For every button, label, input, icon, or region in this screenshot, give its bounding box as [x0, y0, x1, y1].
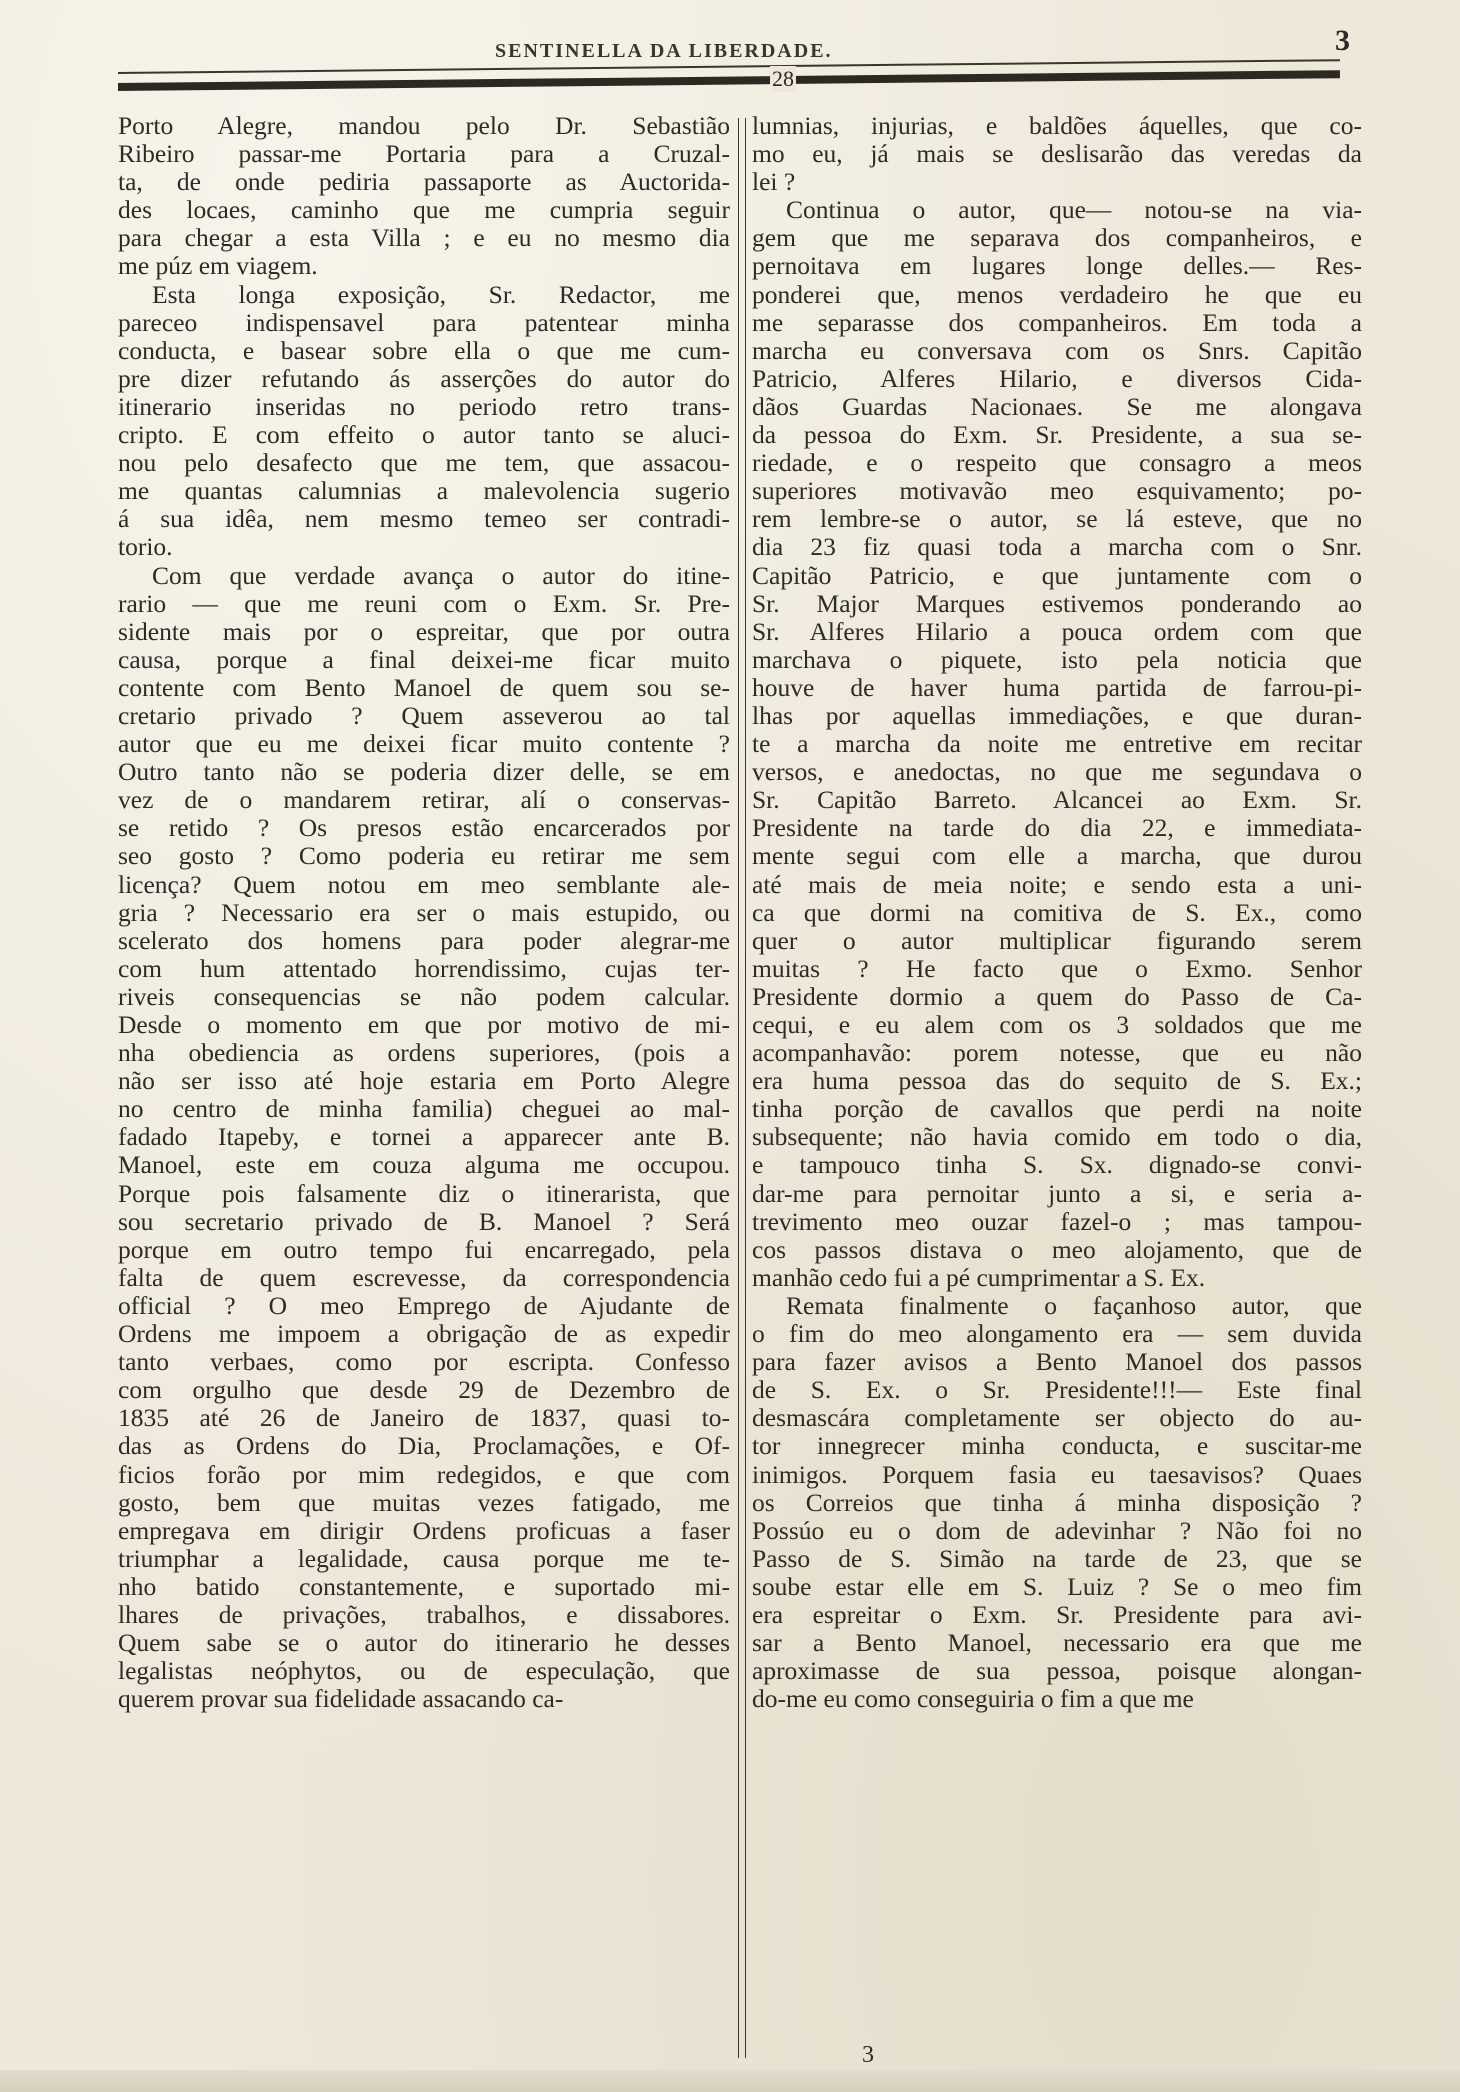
text-line: das as Ordens do Dia, Proclamações, e Of… — [118, 1432, 730, 1460]
text-line: Passo de S. Simão na tarde de 23, que se — [752, 1545, 1362, 1573]
text-line: houve de haver huma partida de farrou-pi… — [752, 674, 1362, 702]
text-line: licença? Quem notou em meo semblante ale… — [118, 871, 730, 899]
text-line: com orgulho que desde 29 de Dezembro de — [118, 1376, 730, 1404]
text-line: para chegar a esta Villa ; e eu no mesmo… — [118, 224, 730, 252]
text-line: era huma pessoa das do sequito de S. Ex.… — [752, 1067, 1362, 1095]
text-line: 1835 até 26 de Janeiro de 1837, quasi to… — [118, 1404, 730, 1432]
text-line: Presidente na tarde do dia 22, e immedia… — [752, 814, 1362, 842]
text-line: me separasse dos companheiros. Em toda a — [752, 309, 1362, 337]
text-line: Outro tanto não se poderia dizer delle, … — [118, 758, 730, 786]
text-line: cretario privado ? Quem asseverou ao tal — [118, 702, 730, 730]
text-line: itinerario inseridas no periodo retro tr… — [118, 393, 730, 421]
text-line: Presidente dormio a quem do Passo de Ca- — [752, 983, 1362, 1011]
text-line: no centro de minha familia) cheguei ao m… — [118, 1095, 730, 1123]
text-line: des locaes, caminho que me cumpria segui… — [118, 196, 730, 224]
text-line: lhares de privações, trabalhos, e dissab… — [118, 1601, 730, 1629]
text-line: á sua idêa, nem mesmo temeo ser contradi… — [118, 505, 730, 533]
text-line: superiores motivavão meo esquivamento; p… — [752, 477, 1362, 505]
text-line: rem lembre-se o autor, se lá esteve, que… — [752, 505, 1362, 533]
text-line: de S. Ex. o Sr. Presidente!!!— Este fina… — [752, 1376, 1362, 1404]
text-line: scelerato dos homens para poder alegrar-… — [118, 927, 730, 955]
text-line: Patricio, Alferes Hilario, e diversos Ci… — [752, 365, 1362, 393]
text-line: trevimento meo ouzar fazel-o ; mas tampo… — [752, 1208, 1362, 1236]
text-line: Com que verdade avança o autor do itine- — [118, 562, 730, 590]
text-line: me púz em viagem. — [118, 252, 730, 280]
text-line: pareceo indispensavel para patentear min… — [118, 309, 730, 337]
text-line: rario — que me reuni com o Exm. Sr. Pre- — [118, 590, 730, 618]
text-line: gem que me separava dos companheiros, e — [752, 224, 1362, 252]
text-line: cos passos distava o meo alojamento, que… — [752, 1236, 1362, 1264]
text-line: dar-me para pernoitar junto a si, e seri… — [752, 1180, 1362, 1208]
text-line: mente segui com elle a marcha, que durou — [752, 842, 1362, 870]
text-line: nho batido constantemente, e suportado m… — [118, 1573, 730, 1601]
text-line: do-me eu como conseguiria o fim a que me — [752, 1685, 1362, 1713]
text-line: dia 23 fiz quasi toda a marcha com o Snr… — [752, 533, 1362, 561]
sheet-number: 28 — [770, 66, 796, 92]
text-line: muitas ? He facto que o Exmo. Senhor — [752, 955, 1362, 983]
signature-mark: 3 — [862, 2042, 874, 2069]
text-line: Sr. Capitão Barreto. Alcancei ao Exm. Sr… — [752, 786, 1362, 814]
text-line: Esta longa exposição, Sr. Redactor, me — [118, 281, 730, 309]
text-line: cripto. E com effeito o autor tanto se a… — [118, 421, 730, 449]
text-line: fadado Itapeby, e tornei a apparecer ant… — [118, 1123, 730, 1151]
text-line: Desde o momento em que por motivo de mi- — [118, 1011, 730, 1039]
text-line: sidente mais por o espreitar, que por ou… — [118, 618, 730, 646]
text-line: Manoel, este em couza alguma me occupou. — [118, 1151, 730, 1179]
newspaper-page: SENTINELLA DA LIBERDADE. 3 28 Porto Aleg… — [0, 0, 1460, 2092]
text-line: Quem sabe se o autor do itinerario he de… — [118, 1629, 730, 1657]
text-line: cequi, e eu alem com os 3 soldados que m… — [752, 1011, 1362, 1039]
text-line: Possúo eu o dom de adevinhar ? Não foi n… — [752, 1517, 1362, 1545]
text-line: tinha porção de cavallos que perdi na no… — [752, 1095, 1362, 1123]
text-line: era espreitar o Exm. Sr. Presidente para… — [752, 1601, 1362, 1629]
text-line: o fim do meo alongamento era — sem duvid… — [752, 1320, 1362, 1348]
text-line: acompanhavão: porem notesse, que eu não — [752, 1039, 1362, 1067]
text-line: subsequente; não havia comido em todo o … — [752, 1123, 1362, 1151]
text-line: e tampouco tinha S. Sx. dignado-se convi… — [752, 1151, 1362, 1179]
text-line: causa, porque a final deixei-me ficar mu… — [118, 646, 730, 674]
page-bottom-edge — [0, 2070, 1460, 2092]
text-line: gosto, bem que muitas vezes fatigado, me — [118, 1489, 730, 1517]
text-line: para fazer avisos a Bento Manoel dos pas… — [752, 1348, 1362, 1376]
text-line: Porque pois falsamente diz o itinerarist… — [118, 1180, 730, 1208]
text-line: até mais de meia noite; e sendo esta a u… — [752, 871, 1362, 899]
text-line: ca que dormi na comitiva de S. Ex., como — [752, 899, 1362, 927]
text-line: triumphar a legalidade, causa porque me … — [118, 1545, 730, 1573]
text-line: seo gosto ? Como poderia eu retirar me s… — [118, 842, 730, 870]
text-line: me quantas calumnias a malevolencia suge… — [118, 477, 730, 505]
text-line: quer o autor multiplicar figurando serem — [752, 927, 1362, 955]
text-line: pernoitava em lugares longe delles.— Res… — [752, 252, 1362, 280]
text-line: ficios forão por mim redegidos, e que co… — [118, 1461, 730, 1489]
text-line: Porto Alegre, mandou pelo Dr. Sebastião — [118, 112, 730, 140]
text-line: nha obediencia as ordens superiores, (po… — [118, 1039, 730, 1067]
text-line: Sr. Major Marques estivemos ponderando a… — [752, 590, 1362, 618]
column-divider — [738, 118, 746, 2058]
text-line: nou pelo desafecto que me tem, que assac… — [118, 449, 730, 477]
text-line: riveis consequencias se não podem calcul… — [118, 983, 730, 1011]
text-line: porque em outro tempo fui encarregado, p… — [118, 1236, 730, 1264]
left-column: Porto Alegre, mandou pelo Dr. SebastiãoR… — [118, 112, 730, 1713]
text-line: legalistas neóphytos, ou de especulação,… — [118, 1657, 730, 1685]
text-line: dãos Guardas Nacionaes. Se me alongava — [752, 393, 1362, 421]
text-line: te a marcha da noite me entretive em rec… — [752, 730, 1362, 758]
text-line: querem provar sua fidelidade assacando c… — [118, 1685, 730, 1713]
text-line: marchava o piquete, isto pela noticia qu… — [752, 646, 1362, 674]
text-line: lei ? — [752, 168, 1362, 196]
text-line: official ? O meo Emprego de Ajudante de — [118, 1292, 730, 1320]
text-line: Ordens me impoem a obrigação de as exped… — [118, 1320, 730, 1348]
text-line: lumnias, injurias, e baldões áquelles, q… — [752, 112, 1362, 140]
text-line: mo eu, já mais se deslisarão das veredas… — [752, 140, 1362, 168]
text-line: desmascára completamente ser objecto do … — [752, 1404, 1362, 1432]
text-line: conducta, e basear sobre ella o que me c… — [118, 337, 730, 365]
text-line: tor innegrecer minha conducta, e suscita… — [752, 1432, 1362, 1460]
newspaper-title: SENTINELLA DA LIBERDADE. — [495, 40, 833, 63]
text-line: com hum attentado horrendissimo, cujas t… — [118, 955, 730, 983]
page-number: 3 — [1335, 24, 1350, 58]
text-line: ponderei que, menos verdadeiro he que eu — [752, 281, 1362, 309]
text-line: Continua o autor, que— notou-se na via- — [752, 196, 1362, 224]
text-line: Sr. Alferes Hilario a pouca ordem com qu… — [752, 618, 1362, 646]
right-column: lumnias, injurias, e baldões áquelles, q… — [752, 112, 1362, 1713]
text-line: torio. — [118, 533, 730, 561]
text-line: riedade, e o respeito que consagro a meo… — [752, 449, 1362, 477]
text-line: versos, e anedoctas, no que me segundava… — [752, 758, 1362, 786]
text-line: inimigos. Porquem fasia eu taesavisos? Q… — [752, 1461, 1362, 1489]
text-line: Ribeiro passar-me Portaria para a Cruzal… — [118, 140, 730, 168]
text-line: sar a Bento Manoel, necessario era que m… — [752, 1629, 1362, 1657]
text-line: aproximasse de sua pessoa, poisque along… — [752, 1657, 1362, 1685]
text-line: tanto verbaes, como por escripta. Confes… — [118, 1348, 730, 1376]
text-line: os Correios que tinha á minha disposição… — [752, 1489, 1362, 1517]
text-line: marcha eu conversava com os Snrs. Capitã… — [752, 337, 1362, 365]
text-line: soube estar elle em S. Luiz ? Se o meo f… — [752, 1573, 1362, 1601]
text-line: empregava em dirigir Ordens proficuas a … — [118, 1517, 730, 1545]
text-line: lhas por aquellas immediações, e que dur… — [752, 702, 1362, 730]
text-line: não ser isso até hoje estaria em Porto A… — [118, 1067, 730, 1095]
text-line: Capitão Patricio, e que juntamente com o — [752, 562, 1362, 590]
text-line: da pessoa do Exm. Sr. Presidente, a sua … — [752, 421, 1362, 449]
masthead: SENTINELLA DA LIBERDADE. — [0, 40, 1460, 60]
text-line: se retido ? Os presos estão encarcerados… — [118, 814, 730, 842]
text-line: pre dizer refutando ás asserções do auto… — [118, 365, 730, 393]
header-rule-thick — [118, 70, 1340, 91]
text-line: Remata finalmente o façanhoso autor, que — [752, 1292, 1362, 1320]
text-line: sou secretario privado de B. Manoel ? Se… — [118, 1208, 730, 1236]
text-line: manhão cedo fui a pé cumprimentar a S. E… — [752, 1264, 1362, 1292]
text-line: falta de quem escrevesse, da corresponde… — [118, 1264, 730, 1292]
text-line: contente com Bento Manoel de quem sou se… — [118, 674, 730, 702]
text-line: gria ? Necessario era ser o mais estupid… — [118, 899, 730, 927]
text-line: autor que eu me deixei ficar muito conte… — [118, 730, 730, 758]
text-line: vez de o mandarem retirar, alí o conserv… — [118, 786, 730, 814]
text-line: ta, de onde pediria passaporte as Auctor… — [118, 168, 730, 196]
